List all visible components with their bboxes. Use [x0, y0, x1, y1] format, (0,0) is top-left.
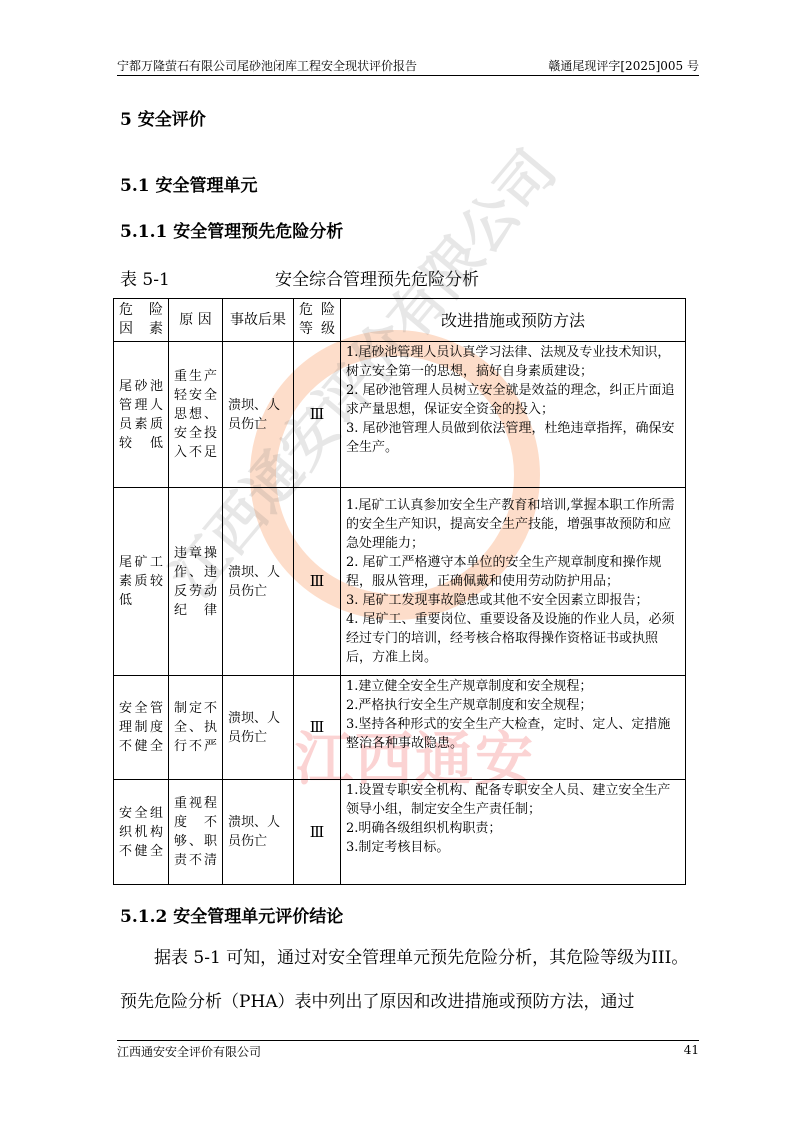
measure-item: 1.尾矿工认真参加安全生产教育和培训,掌握本职工作所需的安全生产知识，提高安全生…	[346, 496, 680, 553]
table-row: 安全组织机构不健全 重视程度不够、职责不清 溃坝、人员伤亡 Ⅲ 1.设置专职安全…	[114, 780, 686, 885]
table-row: 尾矿工素质较低 违章操作、违反劳动纪律 溃坝、人员伤亡 Ⅲ 1.尾矿工认真参加安…	[114, 488, 686, 676]
measure-item: 2. 尾砂池管理人员树立安全就是效益的理念，纠正片面追求产量思想，保证安全资金的…	[346, 381, 680, 419]
table-title: 安全综合管理预先危险分析	[275, 265, 479, 290]
measure-item: 3.坚持各种形式的安全生产大检查，定时、定人、定措施整治各种事故隐患。	[346, 715, 680, 753]
cause-cell: 重生产轻安全思想、安全投入不足	[169, 342, 223, 488]
column-header-consequence: 事故后果	[223, 299, 294, 342]
consequence-cell: 溃坝、人员伤亡	[223, 676, 294, 780]
measure-item: 3. 尾砂池管理人员做到依法管理，杜绝违章指挥，确保安全生产。	[346, 419, 680, 457]
grade-cell: Ⅲ	[294, 780, 341, 885]
cause-cell: 重视程度不够、职责不清	[169, 780, 223, 885]
page-header: 宁都万隆萤石有限公司尾砂池闭库工程安全现状评价报告 赣通尾现评字[2025]00…	[117, 55, 699, 76]
measure-item: 3. 尾矿工发现事故隐患或其他不安全因素立即报告；	[346, 591, 680, 610]
measure-item: 3.制定考核目标。	[346, 838, 680, 857]
measure-item: 1.设置专职安全机构、配备专职安全人员、建立安全生产领导小组，制定安全生产责任制…	[346, 781, 680, 819]
hazard-cell: 尾矿工素质较低	[114, 488, 169, 676]
page-footer: 江西通安安全评价有限公司 41	[117, 1040, 699, 1059]
measures-cell: 1.尾砂池管理人员认真学习法律、法规及专业技术知识，树立安全第一的思想，搞好自身…	[341, 342, 686, 488]
footer-company: 江西通安安全评价有限公司	[117, 1043, 261, 1060]
grade-cell: Ⅲ	[294, 342, 341, 488]
cause-cell: 违章操作、违反劳动纪律	[169, 488, 223, 676]
page-number: 41	[684, 1043, 699, 1057]
column-header-grade: 危 险 等级	[294, 299, 341, 342]
hazard-cell: 尾砂池管理人员素质较低	[114, 342, 169, 488]
measures-cell: 1.设置专职安全机构、配备专职安全人员、建立安全生产领导小组，制定安全生产责任制…	[341, 780, 686, 885]
grade-cell: Ⅲ	[294, 488, 341, 676]
measure-item: 2. 尾矿工严格遵守本单位的安全生产规章制度和操作规程，服从管理，正确佩戴和使用…	[346, 553, 680, 591]
cause-cell: 制定不全、执行不严	[169, 676, 223, 780]
column-header-cause: 原 因	[169, 299, 223, 342]
hazard-cell: 安全组织机构不健全	[114, 780, 169, 885]
measure-item: 2.严格执行安全生产规章制度和安全规程；	[346, 696, 680, 715]
column-header-hazard: 危 险 因素	[114, 299, 169, 342]
table-row: 安全管理制度不健全 制定不全、执行不严 溃坝、人员伤亡 Ⅲ 1.建立健全安全生产…	[114, 676, 686, 780]
consequence-cell: 溃坝、人员伤亡	[223, 488, 294, 676]
hazard-cell: 安全管理制度不健全	[114, 676, 169, 780]
pha-table: 危 险 因素 原 因 事故后果 危 险 等级 改进措施或预防方法 尾砂池管理人员…	[113, 298, 686, 885]
column-header-measures: 改进措施或预防方法	[341, 299, 686, 342]
document-number: 赣通尾现评字[2025]005 号	[548, 57, 699, 74]
conclusion-paragraph: 据表 5-1 可知，通过对安全管理单元预先危险分析，其危险等级为III。预先危险…	[120, 936, 700, 1024]
consequence-cell: 溃坝、人员伤亡	[223, 780, 294, 885]
measures-cell: 1.尾矿工认真参加安全生产教育和培训,掌握本职工作所需的安全生产知识，提高安全生…	[341, 488, 686, 676]
chapter-heading: 5 安全评价	[120, 105, 206, 130]
table-row: 尾砂池管理人员素质较低 重生产轻安全思想、安全投入不足 溃坝、人员伤亡 Ⅲ 1.…	[114, 342, 686, 488]
grade-cell: Ⅲ	[294, 676, 341, 780]
measure-item: 4. 尾矿工、重要岗位、重要设备及设施的作业人员，必须经过专门的培训，经考核合格…	[346, 610, 680, 667]
measure-item: 1.建立健全安全生产规章制度和安全规程；	[346, 677, 680, 696]
table-number: 表 5-1	[120, 265, 170, 290]
measure-item: 1.尾砂池管理人员认真学习法律、法规及专业技术知识，树立安全第一的思想，搞好自身…	[346, 343, 680, 381]
measures-cell: 1.建立健全安全生产规章制度和安全规程； 2.严格执行安全生产规章制度和安全规程…	[341, 676, 686, 780]
table-header-row: 危 险 因素 原 因 事故后果 危 险 等级 改进措施或预防方法	[114, 299, 686, 342]
section-heading: 5.1 安全管理单元	[120, 171, 258, 196]
consequence-cell: 溃坝、人员伤亡	[223, 342, 294, 488]
subsection-heading: 5.1.1 安全管理预先危险分析	[120, 217, 343, 242]
conclusion-heading: 5.1.2 安全管理单元评价结论	[120, 902, 343, 927]
report-title: 宁都万隆萤石有限公司尾砂池闭库工程安全现状评价报告	[117, 57, 417, 74]
measure-item: 2.明确各级组织机构职责；	[346, 819, 680, 838]
